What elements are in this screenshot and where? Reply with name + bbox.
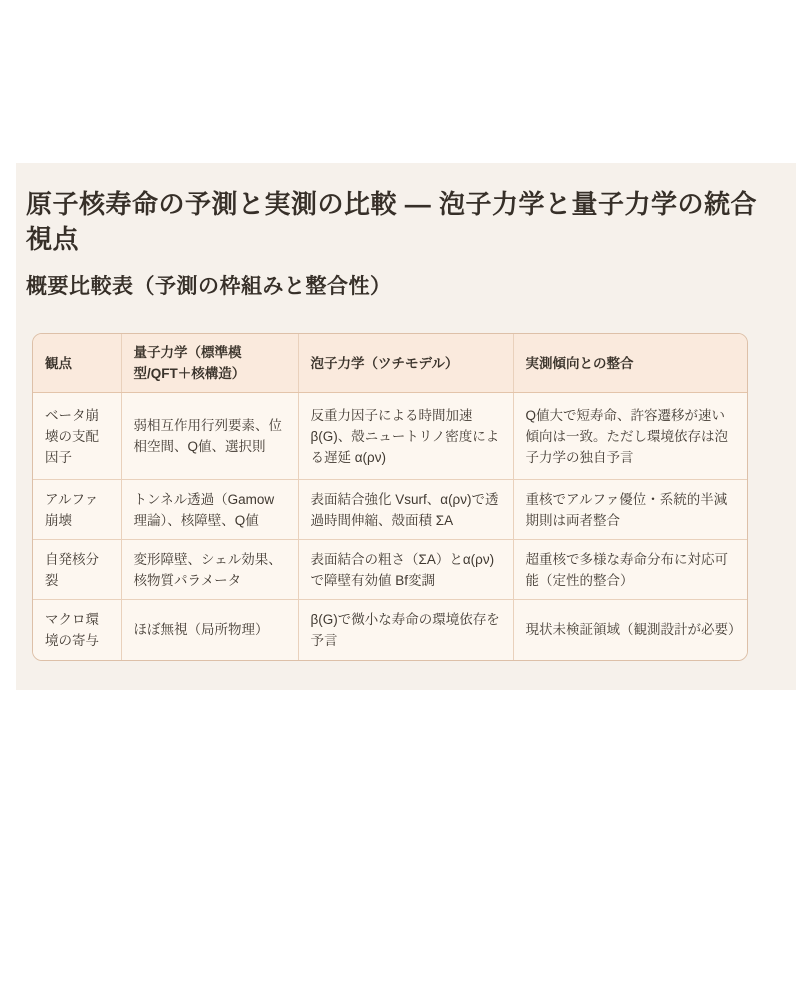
cell-alpha-bubble: 表面結合強化 Vsurf、α(ρν)で透過時間伸縮、殻面積 ΣA <box>298 480 513 540</box>
cell-macro-quantum: ほぼ無視（局所物理） <box>121 600 298 660</box>
header-cell-quantum-mechanics: 量子力学（標準模型/QFT＋核構造） <box>121 334 298 393</box>
header-cell-viewpoint: 観点 <box>33 334 121 393</box>
cell-macro-agreement: 現状未検証領域（観測設計が必要） <box>513 600 747 660</box>
table-row-macro-environment: マクロ環境の寄与 ほぼ無視（局所物理） β(G)で微小な寿命の環境依存を予言 現… <box>33 600 747 660</box>
row-label-alpha-decay: アルファ崩壊 <box>33 480 121 540</box>
row-label-spontaneous-fission: 自発核分裂 <box>33 540 121 600</box>
cell-alpha-quantum: トンネル透過（Gamow理論）、核障壁、Q値 <box>121 480 298 540</box>
cell-fission-quantum: 変形障壁、シェル効果、核物質パラメータ <box>121 540 298 600</box>
header-cell-bubble-mechanics: 泡子力学（ツチモデル） <box>298 334 513 393</box>
row-label-macro-environment: マクロ環境の寄与 <box>33 600 121 660</box>
cell-beta-bubble: 反重力因子による時間加速 β(G)、殻ニュートリノ密度による遅延 α(ρν) <box>298 393 513 480</box>
table-header-row: 観点 量子力学（標準模型/QFT＋核構造） 泡子力学（ツチモデル） 実測傾向との… <box>33 334 747 393</box>
header-cell-observed-agreement: 実測傾向との整合 <box>513 334 747 393</box>
cell-fission-agreement: 超重核で多様な寿命分布に対応可能（定性的整合） <box>513 540 747 600</box>
table-row-alpha-decay: アルファ崩壊 トンネル透過（Gamow理論）、核障壁、Q値 表面結合強化 Vsu… <box>33 480 747 540</box>
cell-macro-bubble: β(G)で微小な寿命の環境依存を予言 <box>298 600 513 660</box>
page-title: 原子核寿命の予測と実測の比較 — 泡子力学と量子力学の統合視点 <box>26 187 770 257</box>
comparison-table-grid: 観点 量子力学（標準模型/QFT＋核構造） 泡子力学（ツチモデル） 実測傾向との… <box>33 334 747 660</box>
comparison-table: 観点 量子力学（標準模型/QFT＋核構造） 泡子力学（ツチモデル） 実測傾向との… <box>32 333 748 661</box>
content-card: 原子核寿命の予測と実測の比較 — 泡子力学と量子力学の統合視点 概要比較表（予測… <box>16 163 796 690</box>
table-row-spontaneous-fission: 自発核分裂 変形障壁、シェル効果、核物質パラメータ 表面結合の粗さ（ΣA）とα(… <box>33 540 747 600</box>
cell-fission-bubble: 表面結合の粗さ（ΣA）とα(ρν)で障壁有効値 Bf変調 <box>298 540 513 600</box>
table-row-beta-decay: ベータ崩壊の支配因子 弱相互作用行列要素、位相空間、Q値、選択則 反重力因子によ… <box>33 393 747 480</box>
cell-alpha-agreement: 重核でアルファ優位・系統的半減期則は両者整合 <box>513 480 747 540</box>
row-label-beta-decay: ベータ崩壊の支配因子 <box>33 393 121 480</box>
cell-beta-agreement: Q値大で短寿命、許容遷移が速い傾向は一致。ただし環境依存は泡子力学の独自予言 <box>513 393 747 480</box>
cell-beta-quantum: 弱相互作用行列要素、位相空間、Q値、選択則 <box>121 393 298 480</box>
section-heading: 概要比較表（予測の枠組みと整合性） <box>26 273 786 301</box>
